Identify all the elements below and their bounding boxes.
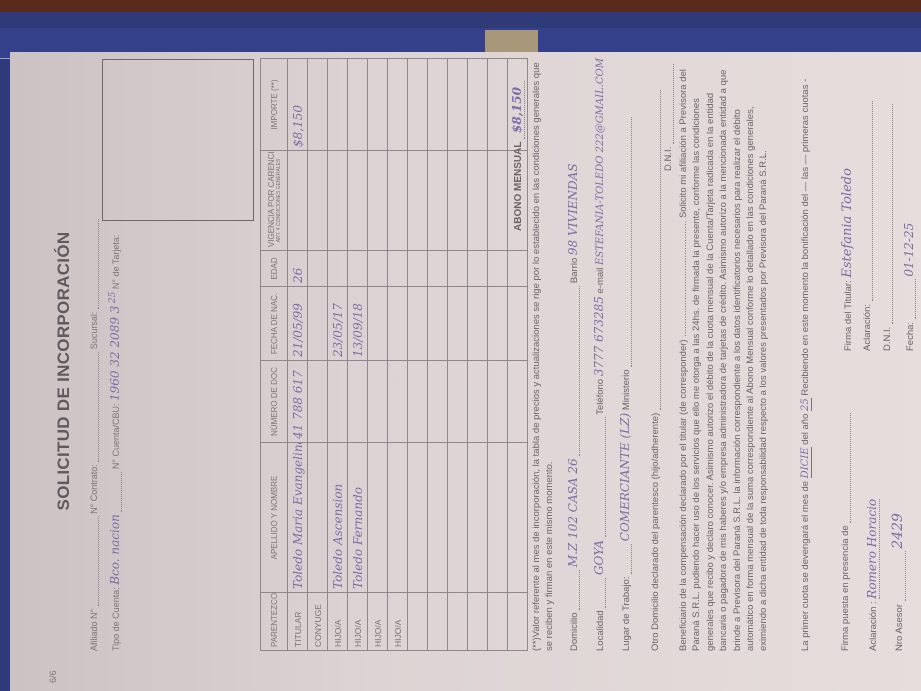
las-label: las (800, 167, 811, 179)
cell-edad[interactable] (368, 251, 388, 287)
cell-parentezco (468, 593, 488, 651)
table-row: HIJO/AToledo Fernando13/09/18 (348, 59, 368, 651)
col-vigencia: VIGENCIA POR CARENCIAART. 4 CONDICIONES … (261, 151, 288, 251)
cell-edad[interactable] (348, 251, 368, 287)
sucursal-label: Sucursal: (89, 312, 99, 350)
contrato-label: N° Contrato: (89, 464, 99, 514)
otro-domicilio-row: Otro Domicilio declarado del parentesco … (650, 90, 661, 651)
cell-fecha_nac[interactable] (468, 287, 488, 361)
fecha-row: Fecha: 01-12-25 (902, 223, 916, 351)
sucursal-field[interactable] (88, 219, 99, 309)
domicilio-row: Domicilio M.Z 102 CASA 26 Barrio 98 VIVI… (566, 163, 580, 651)
cell-importe[interactable] (488, 59, 508, 151)
localidad-row: Localidad GOYA Teléfono 3777 673285 e-ma… (592, 58, 606, 651)
table-row: TITULARToledo Maria Evangelina41 788 617… (288, 59, 308, 651)
firma-titular-value[interactable]: Estefania Toledo (840, 168, 855, 278)
cell-importe[interactable] (448, 59, 468, 151)
nro-asesor-row: Nro Asesor 2429 (890, 513, 906, 651)
col-parentezco: PARENTEZCO (261, 593, 288, 651)
members-table: PARENTEZCO APELLIDO Y NOMBRE NÚMERO DE D… (260, 58, 528, 651)
cell-fecha_nac[interactable] (388, 287, 408, 361)
cell-importe[interactable] (368, 59, 388, 151)
cell-edad[interactable] (448, 251, 468, 287)
form-title: SOLICITUD DE INCORPORACIÓN (54, 91, 74, 651)
cell-vigencia[interactable] (328, 151, 348, 251)
aclaracion-asesor-value[interactable]: Romero Horacio (865, 499, 880, 599)
cell-vigencia[interactable] (468, 151, 488, 251)
aclaracion-row: Aclaración: (862, 101, 873, 351)
cell-doc[interactable] (328, 361, 348, 443)
cell-doc[interactable] (408, 361, 428, 443)
col-vigencia-subtitle: ART. 4 CONDICIONES GENERALES (276, 154, 282, 247)
cell-vigencia[interactable] (348, 151, 368, 251)
fecha-value[interactable]: 01-12-25 (902, 223, 916, 277)
nro-asesor-label: Nro Asesor (894, 604, 905, 651)
primera-cuota-label: La primer cuota se devengará el mes de (800, 481, 811, 651)
cell-doc[interactable] (488, 361, 508, 443)
cell-fecha_nac[interactable]: 23/05/17 (328, 287, 348, 361)
dotted-line (569, 570, 580, 610)
cell-fecha_nac[interactable] (308, 287, 328, 361)
table-row: HIJO/A (388, 59, 408, 651)
abono-mensual: ABONO MENSUAL $8,150 (510, 81, 524, 231)
contrato-field[interactable] (88, 352, 99, 462)
presencia-row: Firma puesta en presencia de (840, 413, 851, 651)
cell-parentezco (448, 593, 468, 651)
cell-vigencia[interactable] (488, 151, 508, 251)
table-row (488, 59, 508, 651)
bonificacion-label: Recibiendo en este momento la bonificaci… (800, 194, 811, 396)
dni-label: D.N.I. (663, 147, 674, 171)
cell-nombre[interactable] (408, 443, 428, 593)
folder-tab (485, 30, 538, 54)
dni-row: D.N.I. (663, 64, 674, 171)
cell-importe[interactable] (388, 59, 408, 151)
cell-parentezco: TITULAR (288, 593, 308, 651)
table-row: HIJO/A (368, 59, 388, 651)
col-doc: NÚMERO DE DOC (261, 361, 288, 443)
email-label: e-mail (595, 268, 606, 294)
incorporation-form: 6/6 SOLICITUD DE INCORPORACIÓN Afiliado … (10, 52, 921, 691)
localidad-label: Localidad (595, 610, 606, 651)
dni-firma-field[interactable] (882, 104, 893, 324)
cuenta-cbu-label: N° Cuenta/CBU: (111, 404, 121, 470)
cell-edad[interactable]: 26 (288, 251, 308, 287)
cuenta-cbu-value[interactable]: 1960 32 2089 3 (108, 306, 122, 401)
cell-nombre[interactable]: Toledo Maria Evangelina (288, 443, 308, 593)
afiliado-label: Afiliado N° (89, 609, 99, 651)
table-row (428, 59, 448, 651)
domicilio-value[interactable]: M.Z 102 CASA 26 (566, 458, 580, 567)
cell-nombre[interactable] (488, 443, 508, 593)
cell-parentezco (508, 593, 528, 651)
price-footnote: (**)Valor referente al mes de incorporac… (530, 61, 556, 651)
barrio-label: Barrio (569, 258, 580, 283)
presencia-signature[interactable] (840, 413, 851, 523)
cell-nombre[interactable]: Toledo Fernando (348, 443, 368, 593)
cell-vigencia[interactable] (368, 151, 388, 251)
cell-doc[interactable] (348, 361, 368, 443)
col-importe: IMPORTE (**) (261, 59, 288, 151)
col-nombre: APELLIDO Y NOMBRE (261, 443, 288, 593)
dotted-line (595, 578, 606, 608)
legal-text: Beneficiario de la compensación declarad… (677, 61, 771, 651)
cell-importe[interactable] (328, 59, 348, 151)
cell-nombre[interactable] (368, 443, 388, 593)
header-row-2: Tipo de Cuenta: Bco. nacion N° Cuenta/CB… (108, 235, 122, 651)
tarjeta-label: N° de Tarjeta: (111, 235, 121, 289)
cell-importe[interactable] (408, 59, 428, 151)
cell-vigencia[interactable] (388, 151, 408, 251)
domicilio-label: Domicilio (569, 612, 580, 651)
cell-fecha_nac[interactable] (448, 287, 468, 361)
table-row: HIJO/AToledo Ascension23/05/17 (328, 59, 348, 651)
dotted-line (111, 472, 122, 512)
table-row (408, 59, 428, 651)
telefono-value[interactable]: 3777 673285 (592, 296, 606, 376)
firma-titular-row: Firma del Titular: Estefania Toledo (840, 168, 855, 351)
table-header-row: PARENTEZCO APELLIDO Y NOMBRE NÚMERO DE D… (261, 59, 288, 651)
fecha-label: Fecha: (905, 322, 916, 351)
trabajo-row: Lugar de Trabajo: COMERCIANTE (LZ) Minis… (618, 117, 632, 651)
primeras-cuotas-label: primeras cuotas - (800, 79, 811, 152)
cell-doc[interactable] (508, 361, 528, 443)
cell-parentezco: HIJO/A (328, 593, 348, 651)
dotted-line (905, 279, 916, 319)
cell-doc[interactable] (468, 361, 488, 443)
page-number: 6/6 (48, 670, 58, 683)
col-edad: EDAD (261, 251, 288, 287)
primera-cuota-mes[interactable]: DICIE (800, 447, 812, 478)
cell-parentezco: CONYUGE (308, 593, 328, 651)
cell-edad[interactable] (508, 251, 528, 287)
localidad-value[interactable]: GOYA (592, 540, 606, 575)
table-row: CONYUGE (308, 59, 328, 651)
tipo-cuenta-value[interactable]: Bco. nacion (108, 514, 122, 585)
nro-asesor-value[interactable]: 2429 (890, 513, 906, 549)
cell-parentezco (408, 593, 428, 651)
aclaracion-label: Aclaración: (862, 304, 873, 351)
trabajo-value[interactable]: COMERCIANTE (LZ) (618, 413, 632, 541)
cell-vigencia[interactable] (308, 151, 328, 251)
dotted-line (895, 551, 906, 601)
photo-box (102, 59, 254, 221)
cell-vigencia[interactable] (408, 151, 428, 251)
cell-edad[interactable] (408, 251, 428, 287)
tarjeta-value[interactable]: 25 (108, 292, 118, 303)
cell-doc[interactable] (308, 361, 328, 443)
dotted-line (595, 417, 606, 537)
dni-field[interactable] (663, 64, 674, 144)
cell-vigencia[interactable] (428, 151, 448, 251)
cell-parentezco (428, 593, 448, 651)
dni-firma-row: D.N.I. (882, 104, 893, 351)
cell-fecha_nac[interactable] (408, 287, 428, 361)
cell-edad[interactable] (308, 251, 328, 287)
cell-doc[interactable] (388, 361, 408, 443)
aclaracion-asesor-row: Aclaración : Romero Horacio (865, 499, 879, 651)
telefono-label: Teléfono (595, 379, 606, 415)
cell-edad[interactable] (328, 251, 348, 287)
col-vigencia-label: VIGENCIA POR CARENCIA (267, 151, 276, 248)
cell-parentezco: HIJO/A (388, 593, 408, 651)
cell-importe[interactable] (468, 59, 488, 151)
trabajo-label: Lugar de Trabajo: (621, 577, 632, 651)
table-row (468, 59, 488, 651)
cell-parentezco: HIJO/A (348, 593, 368, 651)
cell-edad[interactable] (388, 251, 408, 287)
cell-nombre[interactable] (508, 443, 528, 593)
cell-importe[interactable] (308, 59, 328, 151)
cell-nombre[interactable] (468, 443, 488, 593)
cell-doc[interactable]: 41 788 617 (288, 361, 308, 443)
cell-edad[interactable] (468, 251, 488, 287)
cell-vigencia[interactable] (448, 151, 468, 251)
cell-fecha_nac[interactable]: 21/05/99 (288, 287, 308, 361)
cell-importe[interactable] (348, 59, 368, 151)
aclaracion-asesor-label: Aclaración : (868, 601, 879, 651)
cell-doc[interactable] (368, 361, 388, 443)
cell-fecha_nac[interactable] (508, 287, 528, 361)
cuotas-value[interactable]: — (800, 155, 811, 165)
abono-mensual-label: ABONO MENSUAL (513, 142, 524, 231)
cell-fecha_nac[interactable] (488, 287, 508, 361)
otro-domicilio-label: Otro Domicilio declarado del parentesco … (650, 413, 661, 651)
cell-nombre[interactable] (448, 443, 468, 593)
cell-nombre[interactable] (388, 443, 408, 593)
barrio-value[interactable]: 98 VIVIENDAS (566, 163, 580, 255)
abono-mensual-value[interactable]: $8,150 (510, 81, 525, 139)
presencia-label: Firma puesta en presencia de (840, 525, 851, 651)
aclaracion-field[interactable] (862, 101, 873, 301)
cell-edad[interactable] (428, 251, 448, 287)
ministerio-field[interactable] (621, 117, 632, 367)
cell-importe[interactable]: $8,150 (288, 59, 308, 151)
cell-doc[interactable] (448, 361, 468, 443)
cell-fecha_nac[interactable] (428, 287, 448, 361)
dni-firma-label: D.N.I. (882, 327, 893, 351)
otro-domicilio-field[interactable] (650, 90, 661, 410)
cell-importe[interactable] (428, 59, 448, 151)
dotted-line (621, 544, 632, 574)
header-row-1: Afiliado N° N° Contrato: Sucursal: (88, 219, 99, 651)
cell-vigencia[interactable] (288, 151, 308, 251)
primera-cuota-anio[interactable]: 25 (800, 398, 812, 411)
bonificacion-value[interactable]: — (800, 182, 811, 192)
cell-doc[interactable] (428, 361, 448, 443)
cell-nombre[interactable] (308, 443, 328, 593)
paper-sheet: 6/6 SOLICITUD DE INCORPORACIÓN Afiliado … (10, 52, 921, 691)
primera-cuota-row: La primer cuota se devengará el mes de D… (800, 79, 811, 651)
afiliado-field[interactable] (88, 516, 99, 606)
dotted-line (569, 286, 580, 456)
cell-fecha_nac[interactable]: 13/09/18 (348, 287, 368, 361)
cell-fecha_nac[interactable] (368, 287, 388, 361)
cell-edad[interactable] (488, 251, 508, 287)
ministerio-label: Ministerio (621, 370, 632, 411)
cell-parentezco (488, 593, 508, 651)
tipo-cuenta-label: Tipo de Cuenta: (111, 587, 121, 651)
cell-nombre[interactable] (428, 443, 448, 593)
firma-titular-label: Firma del Titular: (843, 280, 854, 351)
email-value[interactable]: ESTEFANIA-TOLEDO 222@GMAIL.COM (595, 58, 606, 265)
del-anio-label: del año (800, 414, 811, 445)
cell-parentezco: HIJO/A (368, 593, 388, 651)
table-row (448, 59, 468, 651)
col-fecha-nac: FECHA DE NAC. (261, 287, 288, 361)
cell-nombre[interactable]: Toledo Ascension (328, 443, 348, 593)
